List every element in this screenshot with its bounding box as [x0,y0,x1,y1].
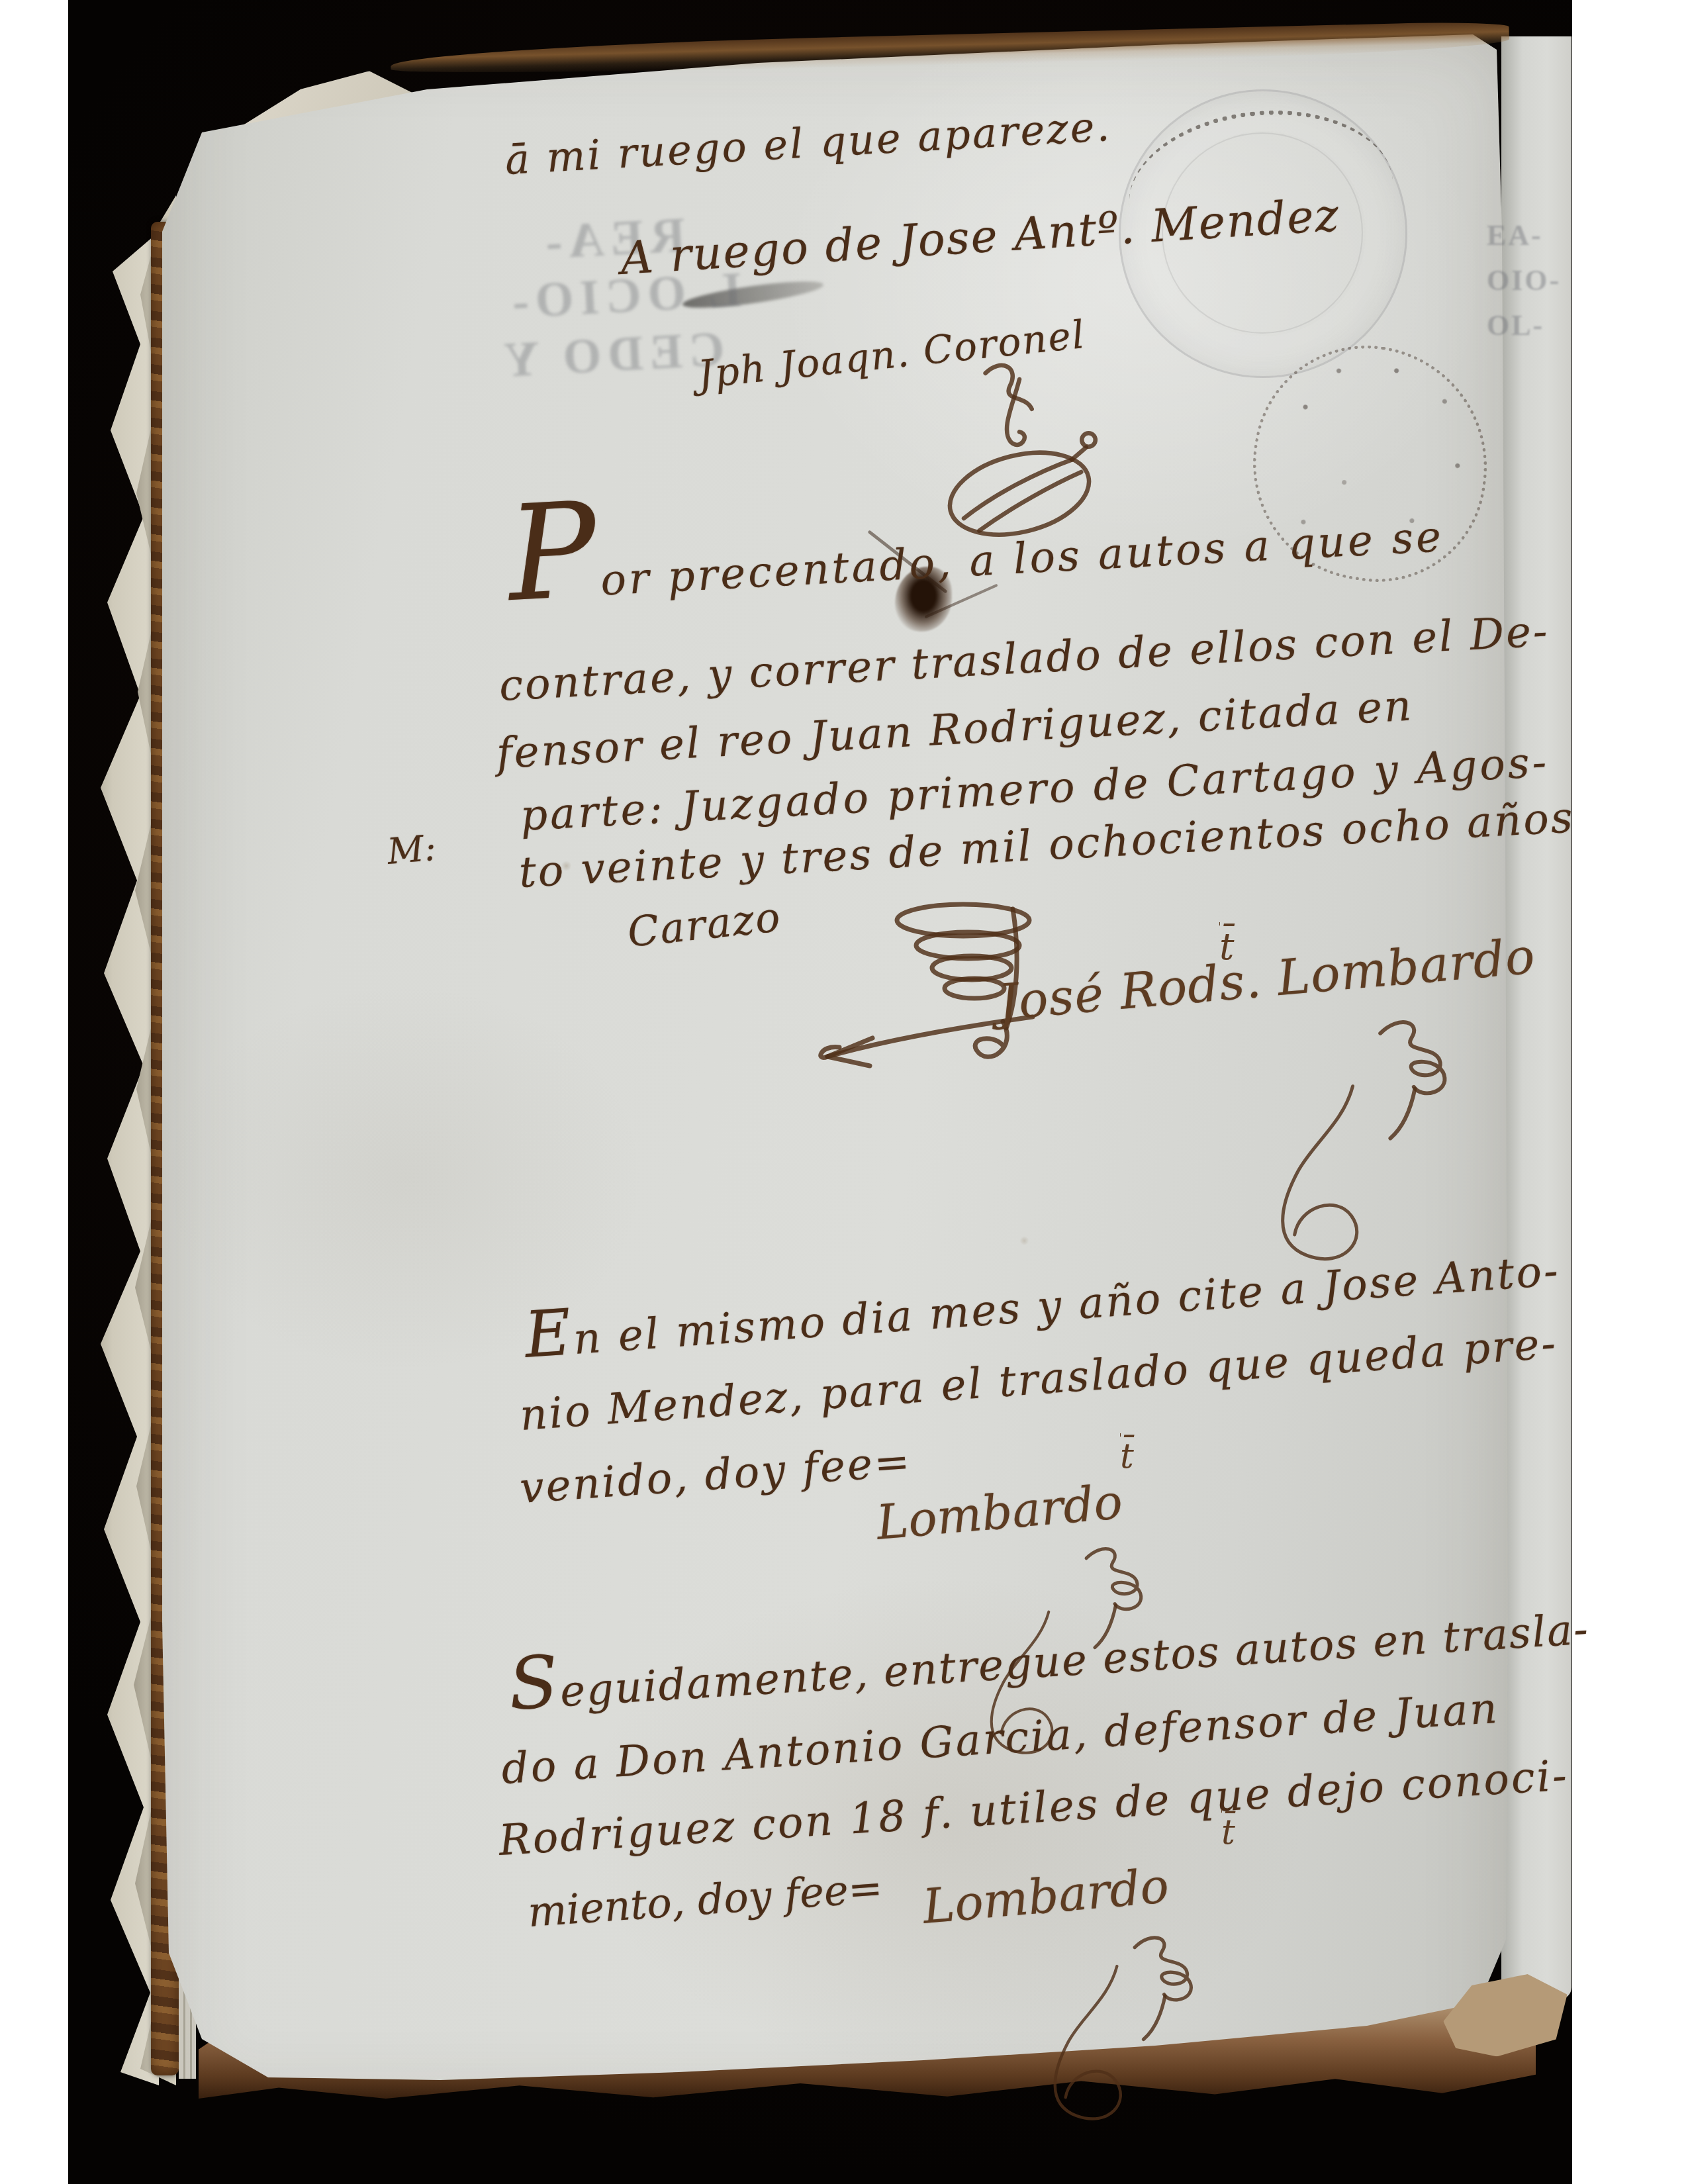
fragment-line: EA- [1487,213,1561,258]
fragment-line: OIO- [1487,258,1561,303]
rubric-large-loop [1006,1963,1165,2138]
scribe-mark: t̄ [1120,1437,1134,1476]
rubric-large-loop [1235,1082,1400,1281]
rubric-coronel-flourish [927,357,1112,549]
fragment-line: OL- [1487,303,1561,348]
scribe-mark: t̄ [1221,1813,1235,1852]
margin-note: M: [386,827,438,873]
scanned-manuscript-page: REA- L OCIO- CEDO Y EA- OIO- OL- ā mi ru… [0,0,1688,2184]
adjacent-page-print-fragments: EA- OIO- OL- [1487,213,1561,349]
